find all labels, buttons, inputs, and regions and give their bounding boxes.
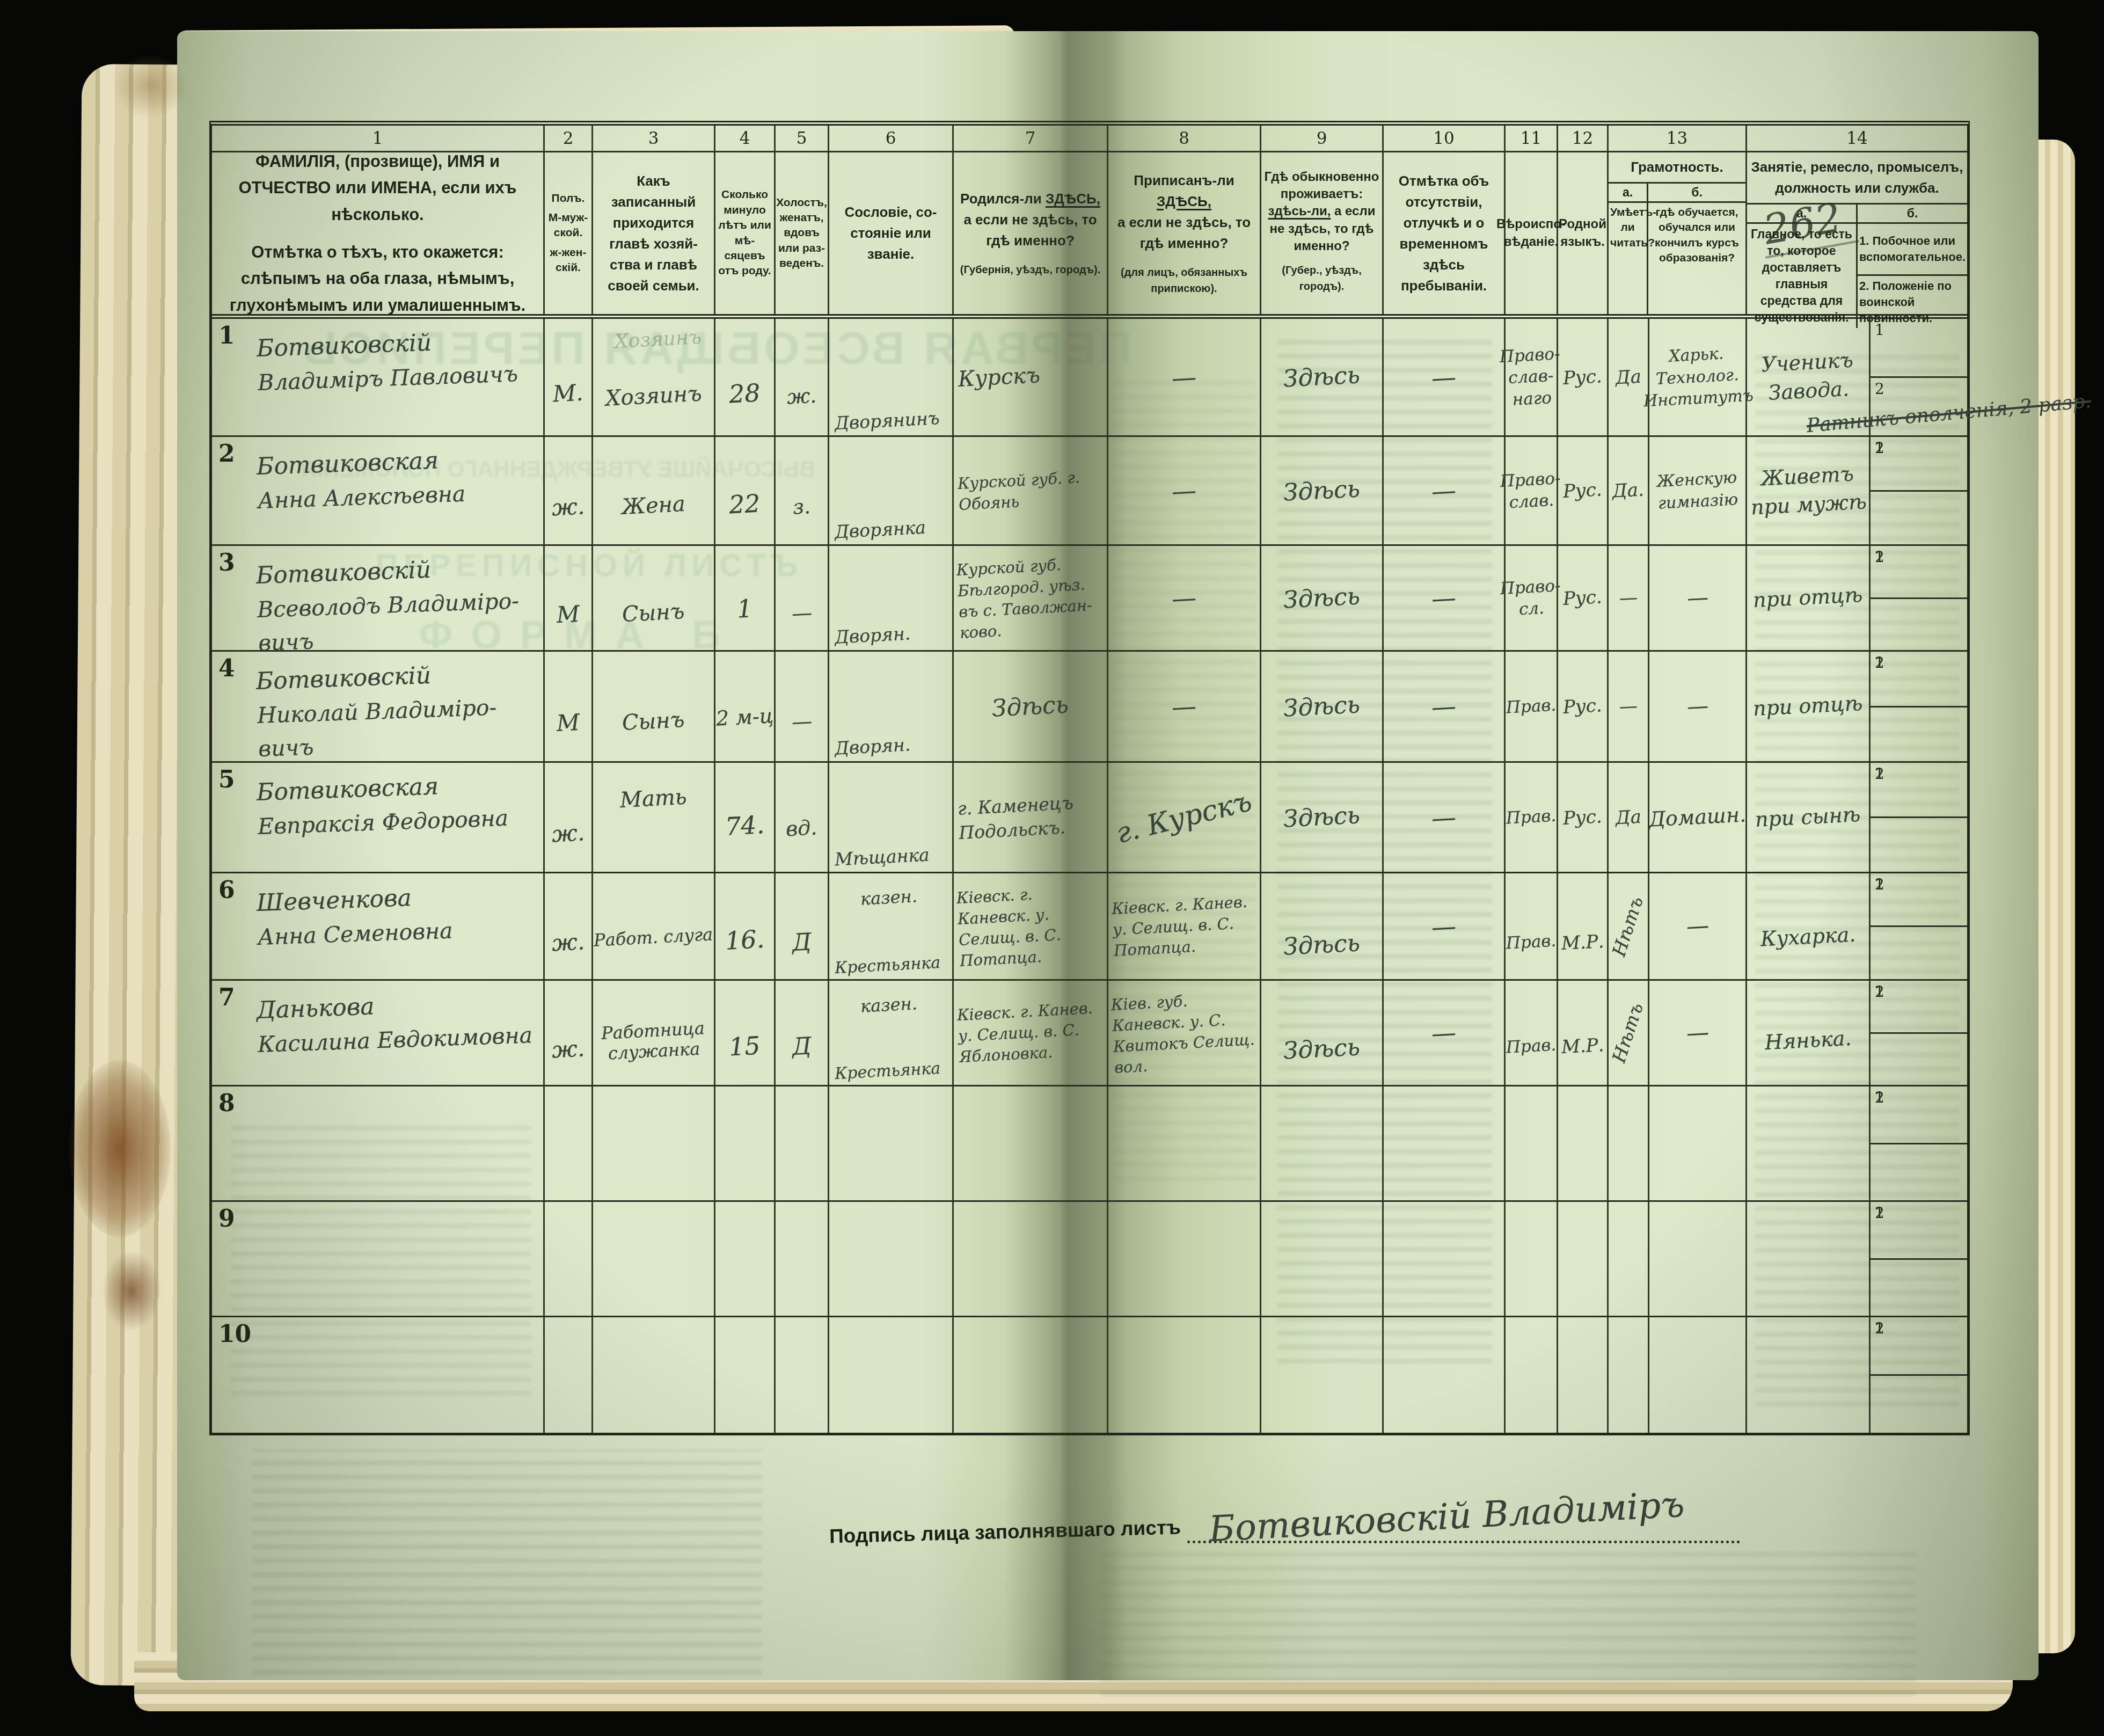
table-row: 1 Ботвиковскій Владиміръ Павловичъ М. Хо… <box>212 319 1967 437</box>
sub-label-2: 2 <box>1875 380 1884 398</box>
residence-cell: Здѣсь <box>1261 437 1384 544</box>
religion-value: Право­слав. <box>1500 468 1562 514</box>
religion-value: Прав. <box>1506 805 1557 829</box>
absence-cell: — <box>1384 437 1506 544</box>
religion-cell <box>1506 1317 1558 1433</box>
education-value: — <box>1686 691 1709 721</box>
col-number: 14 <box>1846 129 1867 148</box>
occupation-value: Кухарка. <box>1760 920 1857 953</box>
estate-cell: казен. Крестьянка <box>829 981 954 1085</box>
language-cell: Рус. <box>1558 763 1609 872</box>
education-cell <box>1649 1086 1747 1200</box>
language-cell: Рус. <box>1558 546 1609 650</box>
sub-label-2: 2 <box>1875 548 1884 566</box>
language-value: Рус. <box>1562 695 1602 718</box>
occupation-cell: при отцѣ <box>1747 652 1871 761</box>
absence-cell: — <box>1384 319 1506 435</box>
occupation-cell: при отцѣ <box>1747 546 1871 650</box>
estate-cell: Мѣщанка <box>829 763 954 872</box>
literacy-value: — <box>1618 695 1638 718</box>
marital-value: з. <box>792 494 811 519</box>
registration-cell: — <box>1108 319 1261 435</box>
header-row: ФАМИЛІЯ, (прозвище), ИМЯ и ОТЧЕСТВО или … <box>212 152 1967 319</box>
table-row: 4 Ботвиковскій Николай Владиміро­вичъ М … <box>212 652 1967 763</box>
birthplace-cell: Кіевск. г. Каневск. у. Селищ. в. С. Пота… <box>954 873 1108 979</box>
sex-cell: М. <box>545 319 593 435</box>
col-number: 11 <box>1521 129 1542 148</box>
col-number: 10 <box>1433 129 1454 148</box>
estate-cell: Дворян. <box>829 546 954 650</box>
marital-value: — <box>791 601 812 625</box>
residence-value: Здѣсь <box>1283 691 1361 722</box>
education-value: Харьк. Технолог. Институтъ <box>1641 341 1754 412</box>
registration-value: — <box>1171 362 1197 392</box>
given-name: Всеволодъ Владиміро­вичъ <box>257 584 538 660</box>
estate-value: Дворян. <box>834 623 911 647</box>
sex-cell <box>545 1317 593 1433</box>
religion-cell: Прав. <box>1506 873 1558 979</box>
language-value: Рус. <box>1562 479 1602 502</box>
sub-label-2: 2 <box>1875 876 1884 893</box>
registration-value: — <box>1171 476 1197 506</box>
literacy-cell: — <box>1609 652 1649 761</box>
name-cell: 8 <box>212 1086 545 1200</box>
absence-cell <box>1384 1317 1506 1433</box>
side-occupation-cell: 1 2 <box>1871 546 1967 650</box>
header-birthplace: Родился-ли ЗДѢСЬ, а если не здѣсь, то гд… <box>954 152 1108 314</box>
sub-label-2: 2 <box>1875 439 1884 457</box>
sex-cell: ж. <box>545 873 593 979</box>
absence-cell: — <box>1384 763 1506 872</box>
registration-value: г. Курскъ <box>1113 785 1255 850</box>
estate-value: Крестьянка <box>834 1059 941 1083</box>
table-row: 3 Ботвиковскій Всеволодъ Владиміро­вичъ … <box>212 546 1967 652</box>
given-name: Владиміръ Павловичъ <box>257 357 537 400</box>
sex-cell: ж. <box>545 981 593 1085</box>
col-number: 2 <box>563 129 574 148</box>
language-cell: Рус. <box>1558 319 1609 435</box>
page-stack-right <box>2032 140 2075 1653</box>
residence-cell: Здѣсь <box>1261 652 1384 761</box>
age-cell: 28 <box>715 319 776 435</box>
age-cell <box>715 1317 776 1433</box>
header-name: ФАМИЛІЯ, (прозвище), ИМЯ и ОТЧЕСТВО или … <box>212 152 545 314</box>
registration-value: — <box>1171 691 1197 721</box>
relation-value: Работ. слуга <box>594 924 714 951</box>
sub-label-2: 2 <box>1875 1204 1884 1222</box>
surname: Данькова <box>256 993 375 1024</box>
education-cell: Харьк. Технолог. Институтъ <box>1649 319 1747 435</box>
occupation-value: Ученикъ Завода. <box>1745 345 1870 409</box>
education-value: — <box>1685 1017 1709 1049</box>
sex-value: М <box>556 600 581 628</box>
relation-cell: Мать <box>593 763 715 872</box>
row-number: 6 <box>218 877 235 904</box>
header-religion: Вѣроиспо­вѣданіе. <box>1506 152 1558 314</box>
education-cell <box>1649 1202 1747 1316</box>
age-value: 1 <box>736 594 753 623</box>
name-cell: 4 Ботвиковскій Николай Владиміро­вичъ <box>212 652 545 761</box>
marital-value: Д <box>791 928 812 957</box>
relation-ghost: Хозяинъ <box>614 326 702 353</box>
language-cell: М.Р. <box>1558 981 1609 1085</box>
age-value: 22 <box>728 489 761 520</box>
residence-value: Здѣсь <box>1283 801 1361 833</box>
absence-value: — <box>1431 1018 1457 1048</box>
given-name: Николай Владиміро­вичъ <box>257 690 538 765</box>
sex-cell <box>545 1086 593 1200</box>
row-number: 1 <box>218 322 235 349</box>
row-number: 2 <box>218 440 235 468</box>
birthplace-cell: Курскъ <box>954 319 1108 435</box>
absence-cell: — <box>1384 652 1506 761</box>
side-occupation-cell: 1 2 <box>1871 981 1967 1085</box>
registration-cell <box>1108 1202 1261 1316</box>
literacy-value: Да <box>1615 806 1642 828</box>
estate-value: Крестьянка <box>834 953 941 978</box>
religion-cell <box>1506 1086 1558 1200</box>
absence-cell: — <box>1384 546 1506 650</box>
col-number: 8 <box>1179 129 1189 148</box>
occupation-value: при отцѣ <box>1752 581 1864 615</box>
occupation-cell: при сынѣ <box>1747 763 1871 872</box>
relation-cell: Сынъ <box>593 546 715 650</box>
birthplace-value: Здѣсь <box>991 691 1069 722</box>
religion-cell: Прав. <box>1506 763 1558 872</box>
col-number: 3 <box>648 129 659 148</box>
education-cell <box>1649 1317 1747 1433</box>
col-number: 5 <box>797 129 807 148</box>
estate-qualifier: казен. <box>860 993 918 1016</box>
birthplace-value: Курской губ. г. Обоянь <box>953 462 1108 519</box>
header-language: Родной языкъ. <box>1558 152 1609 314</box>
birthplace-cell: г. Каменецъ Подольскъ. <box>954 763 1108 872</box>
name-cell: 5 Ботвиковская Евпраксія Федоровна <box>212 763 545 872</box>
signature-line: Подпись лица заполнявшаго листъ Ботвиков… <box>829 1476 1740 1543</box>
literacy-value: Нѣтъ <box>1609 894 1648 959</box>
residence-value: Здѣсь <box>1283 929 1361 960</box>
language-value: Рус. <box>1562 806 1602 829</box>
side-occupation-cell: 1 2 Ратникъ ополченія, 2 разр. <box>1871 319 1967 435</box>
occupation-value: при отцѣ <box>1752 689 1864 724</box>
estate-value: Дворянинъ <box>834 407 940 434</box>
sub-label-2: 2 <box>1875 1319 1884 1337</box>
col-number: 9 <box>1317 129 1327 148</box>
relation-value: Сынъ <box>622 599 685 627</box>
absence-value: — <box>1431 691 1457 721</box>
residence-value: Здѣсь <box>1283 361 1361 392</box>
marital-value: ж. <box>786 383 817 409</box>
name-cell: 1 Ботвиковскій Владиміръ Павловичъ <box>212 319 545 435</box>
side-occupation-cell: 1 2 <box>1871 652 1967 761</box>
estate-qualifier: казен. <box>860 886 918 909</box>
absence-cell: — <box>1384 981 1506 1085</box>
table-row: 9 1 2 <box>212 1202 1967 1317</box>
occupation-cell: Кухарка. <box>1747 873 1871 979</box>
birthplace-cell: Здѣсь <box>954 652 1108 761</box>
birthplace-cell: Кіевск. г. Канев. у. Селищ. в. С. Яблоно… <box>954 981 1108 1085</box>
literacy-cell: Да <box>1609 763 1649 872</box>
sex-value: ж. <box>551 928 586 956</box>
marital-cell <box>776 1317 829 1433</box>
absence-cell <box>1384 1086 1506 1200</box>
estate-cell <box>829 1086 954 1200</box>
residence-cell: Здѣсь <box>1261 319 1384 435</box>
row-number: 9 <box>218 1205 235 1232</box>
literacy-value: Нѣтъ <box>1609 1000 1648 1065</box>
estate-value: Дворянка <box>834 517 926 543</box>
signature-handwriting: Ботвиковскій Владиміръ <box>1208 1484 1685 1550</box>
table-row: 5 Ботвиковская Евпраксія Федоровна ж. Ма… <box>212 763 1967 873</box>
sex-cell: М <box>545 546 593 650</box>
sex-value: М. <box>552 380 584 407</box>
col-number: 6 <box>886 129 896 148</box>
age-value: 2 м-ц <box>715 704 774 731</box>
given-name: Анна Семеновна <box>257 911 537 954</box>
estate-cell: Дворянка <box>829 437 954 544</box>
sex-value: М <box>556 709 581 736</box>
header-occupation: Занятіе, ремесло, промыселъ, должность и… <box>1747 152 1967 314</box>
residence-cell: Здѣсь <box>1261 763 1384 872</box>
sex-cell <box>545 1202 593 1316</box>
absence-cell: — <box>1384 873 1506 979</box>
registration-value: Кіевск. г. Канев. у. Селищ. в. С. Потапц… <box>1107 887 1261 965</box>
sub-label-2: 2 <box>1875 1089 1884 1106</box>
language-cell <box>1558 1317 1609 1433</box>
relation-value: Жена <box>621 492 686 520</box>
language-cell <box>1558 1202 1609 1316</box>
row-number: 3 <box>218 549 235 577</box>
language-cell: М.Р. <box>1558 873 1609 979</box>
table-row: 6 Шевченкова Анна Семеновна ж. Работ. сл… <box>212 873 1967 981</box>
age-cell: 74. <box>715 763 776 872</box>
registration-cell <box>1108 1086 1261 1200</box>
literacy-cell: Нѣтъ <box>1609 873 1649 979</box>
age-value: 16. <box>725 924 765 955</box>
surname: Ботвиковскій <box>255 556 432 589</box>
occupation-cell <box>1747 1317 1871 1433</box>
marital-cell: Д <box>776 873 829 979</box>
absence-value: — <box>1431 583 1457 613</box>
religion-cell: Право­слав­наго <box>1506 319 1558 435</box>
name-cell: 7 Данькова Касилина Евдокимовна <box>212 981 545 1085</box>
absence-value: — <box>1431 476 1457 506</box>
table-row: 7 Данькова Касилина Евдокимовна ж. Работ… <box>212 981 1967 1086</box>
marital-cell <box>776 1086 829 1200</box>
name-cell: 6 Шевченкова Анна Семеновна <box>212 873 545 979</box>
registration-cell: Кіевск. г. Канев. у. Селищ. в. С. Потапц… <box>1108 873 1261 979</box>
religion-value: Прав. <box>1506 694 1557 718</box>
birthplace-value: Курской губ. Бѣлгород. уѣз. въ с. Таволж… <box>952 549 1109 647</box>
census-table: 1 2 3 4 5 6 7 8 9 10 11 12 13 14 ФАМИЛІЯ… <box>209 121 1970 1435</box>
side-occupation-cell: 1 2 <box>1871 873 1967 979</box>
relation-cell <box>593 1086 715 1200</box>
education-cell: Женскую гимназію <box>1649 437 1747 544</box>
registration-cell: — <box>1108 437 1261 544</box>
sub-label-2: 2 <box>1875 654 1884 672</box>
literacy-cell: Да. <box>1609 437 1649 544</box>
estate-value: Мѣщанка <box>834 844 930 870</box>
education-value: Женскую гимназію <box>1648 466 1747 515</box>
header-marital: Холостъ, женатъ, вдовъ или раз­веденъ. <box>776 152 829 314</box>
sex-cell: ж. <box>545 763 593 872</box>
occupation-value: Живетъ при мужѣ <box>1745 459 1870 522</box>
religion-cell <box>1506 1202 1558 1316</box>
marital-cell <box>776 1202 829 1316</box>
language-cell: Рус. <box>1558 437 1609 544</box>
registration-cell: Кіев. губ. Каневск. у. С. Квитокъ Селищ.… <box>1108 981 1261 1085</box>
birthplace-value: Кіевск. г. Каневск. у. Селищ. в. С. Пота… <box>952 877 1109 975</box>
age-cell: 15 <box>715 981 776 1085</box>
residence-cell: Здѣсь <box>1261 981 1384 1085</box>
literacy-value: Да <box>1615 366 1642 388</box>
residence-value: Здѣсь <box>1283 1033 1361 1064</box>
birthplace-value: Курскъ <box>953 357 1045 397</box>
marital-cell: вд. <box>776 763 829 872</box>
birthplace-cell <box>954 1202 1108 1316</box>
header-literacy: Грамотность. а. Умѣетъ-ли читать? б. гдѣ… <box>1609 152 1747 314</box>
registration-cell: — <box>1108 546 1261 650</box>
col-number: 7 <box>1025 129 1036 148</box>
registration-cell <box>1108 1317 1261 1433</box>
birthplace-cell <box>954 1317 1108 1433</box>
marital-cell: з. <box>776 437 829 544</box>
age-cell <box>715 1202 776 1316</box>
relation-cell: Работница служанка <box>593 981 715 1085</box>
col-number: 13 <box>1667 129 1687 148</box>
religion-value: Право­сл. <box>1500 575 1562 621</box>
estate-cell: казен. Крестьянка <box>829 873 954 979</box>
estate-cell <box>829 1202 954 1316</box>
name-cell: 2 Ботвиковская Анна Алексѣевна <box>212 437 545 544</box>
relation-cell: Сынъ <box>593 652 715 761</box>
marital-cell: — <box>776 652 829 761</box>
row-number: 5 <box>218 766 235 793</box>
birthplace-cell <box>954 1086 1108 1200</box>
side-occupation-cell: 1 2 <box>1871 1086 1967 1200</box>
surname: Ботвиковская <box>256 447 439 480</box>
absence-value: — <box>1431 911 1457 941</box>
marital-value: — <box>791 709 812 734</box>
photograph-of-census-book: ПЕРВАЯ ВСЕОБЩАЯ ПЕРЕПИСЬ ВЫСОЧАЙШЕ УТВЕР… <box>0 0 2104 1736</box>
side-occupation-cell: 1 2 <box>1871 437 1967 544</box>
education-value: — <box>1685 910 1709 942</box>
language-cell: Рус. <box>1558 652 1609 761</box>
age-cell: 2 м-ц <box>715 652 776 761</box>
literacy-cell: Нѣтъ <box>1609 981 1649 1085</box>
language-value: М.Р. <box>1561 930 1604 954</box>
language-value: Рус. <box>1562 586 1602 610</box>
relation-cell <box>593 1317 715 1433</box>
education-value: — <box>1686 583 1709 613</box>
sex-cell: М <box>545 652 593 761</box>
estate-value: Дворян. <box>834 734 911 758</box>
col-number: 12 <box>1572 129 1593 148</box>
registration-cell: г. Курскъ <box>1108 763 1261 872</box>
sub-label-2: 2 <box>1875 983 1884 1001</box>
religion-value: Прав. <box>1506 930 1557 954</box>
estate-cell <box>829 1317 954 1433</box>
education-cell: — <box>1649 873 1747 979</box>
literacy-cell: — <box>1609 546 1649 650</box>
occupation-value: при сынѣ <box>1755 800 1861 834</box>
row-number: 7 <box>218 984 235 1011</box>
sub-label-1: 1 <box>1875 321 1884 339</box>
absence-value: — <box>1431 362 1457 392</box>
marital-value: Д <box>791 1032 812 1061</box>
surname: Ботвиковскій <box>255 662 432 695</box>
signature-rule: Ботвиковскій Владиміръ <box>1187 1476 1740 1543</box>
name-cell: 10 <box>212 1317 545 1433</box>
side-occupation-cell: 1 2 <box>1871 1202 1967 1316</box>
name-cell: 3 Ботвиковскій Всеволодъ Владиміро­вичъ <box>212 546 545 650</box>
religion-cell: Прав. <box>1506 652 1558 761</box>
sex-value: ж. <box>551 493 586 521</box>
language-value: М.Р. <box>1561 1034 1604 1058</box>
religion-value: Прав. <box>1506 1034 1557 1058</box>
relation-value: Мать <box>619 784 688 812</box>
relation-cell: Хозяинъ Хозяинъ <box>593 319 715 435</box>
occupation-cell: Нянька. <box>1747 981 1871 1085</box>
name-cell: 9 <box>212 1202 545 1316</box>
age-value: 15 <box>728 1031 761 1062</box>
table-row: 2 Ботвиковская Анна Алексѣевна ж. Жена 2… <box>212 437 1967 546</box>
absence-value: — <box>1431 802 1457 832</box>
relation-value: Сынъ <box>622 707 685 735</box>
education-cell: Домашн. <box>1649 763 1747 872</box>
registration-cell: — <box>1108 652 1261 761</box>
birthplace-cell: Курской губ. г. Обоянь <box>954 437 1108 544</box>
occupation-cell <box>1747 1202 1871 1316</box>
registration-value: Кіев. губ. Каневск. у. С. Квитокъ Селищ.… <box>1106 983 1262 1082</box>
estate-cell: Дворян. <box>829 652 954 761</box>
row-number: 8 <box>218 1090 235 1117</box>
registration-value: — <box>1171 583 1197 613</box>
relation-cell: Работ. слуга <box>593 873 715 979</box>
surname: Ботвиковская <box>256 772 439 806</box>
table-row: 8 1 2 <box>212 1086 1967 1202</box>
sex-value: ж. <box>551 1035 586 1063</box>
absence-cell <box>1384 1202 1506 1316</box>
education-cell: — <box>1649 652 1747 761</box>
literacy-cell <box>1609 1086 1649 1200</box>
occupation-cell: Живетъ при мужѣ <box>1747 437 1871 544</box>
age-cell <box>715 1086 776 1200</box>
religion-cell: Право­сл. <box>1506 546 1558 650</box>
header-registration: Приписанъ-ли ЗДѢСЬ, а если не здѣсь, то … <box>1108 152 1261 314</box>
occupation-cell <box>1747 1086 1871 1200</box>
residence-cell <box>1261 1317 1384 1433</box>
language-cell <box>1558 1086 1609 1200</box>
religion-value: Право­слав­наго <box>1499 343 1563 411</box>
sub-label-2: 2 <box>1875 765 1884 783</box>
sex-cell: ж. <box>545 437 593 544</box>
header-age: Сколько минуло лѣтъ или мѣ­сяцевъ отъ ро… <box>715 152 776 314</box>
signature-label: Подпись лица заполнявшаго листъ <box>829 1516 1181 1548</box>
age-value: 74. <box>725 810 765 841</box>
residence-cell: Здѣсь <box>1261 546 1384 650</box>
birthplace-value: Кіевск. г. Канев. у. Селищ. в. С. Яблоно… <box>952 994 1108 1071</box>
literacy-value: Да. <box>1612 479 1645 502</box>
literacy-cell <box>1609 1317 1649 1433</box>
surname: Ботвиковскій <box>256 329 432 362</box>
education-cell: — <box>1649 546 1747 650</box>
residence-value: Здѣсь <box>1283 475 1361 506</box>
literacy-value: — <box>1618 587 1638 609</box>
marital-cell: — <box>776 546 829 650</box>
relation-value: Работница служанка <box>592 1017 715 1064</box>
estate-cell: Дворянинъ <box>829 319 954 435</box>
